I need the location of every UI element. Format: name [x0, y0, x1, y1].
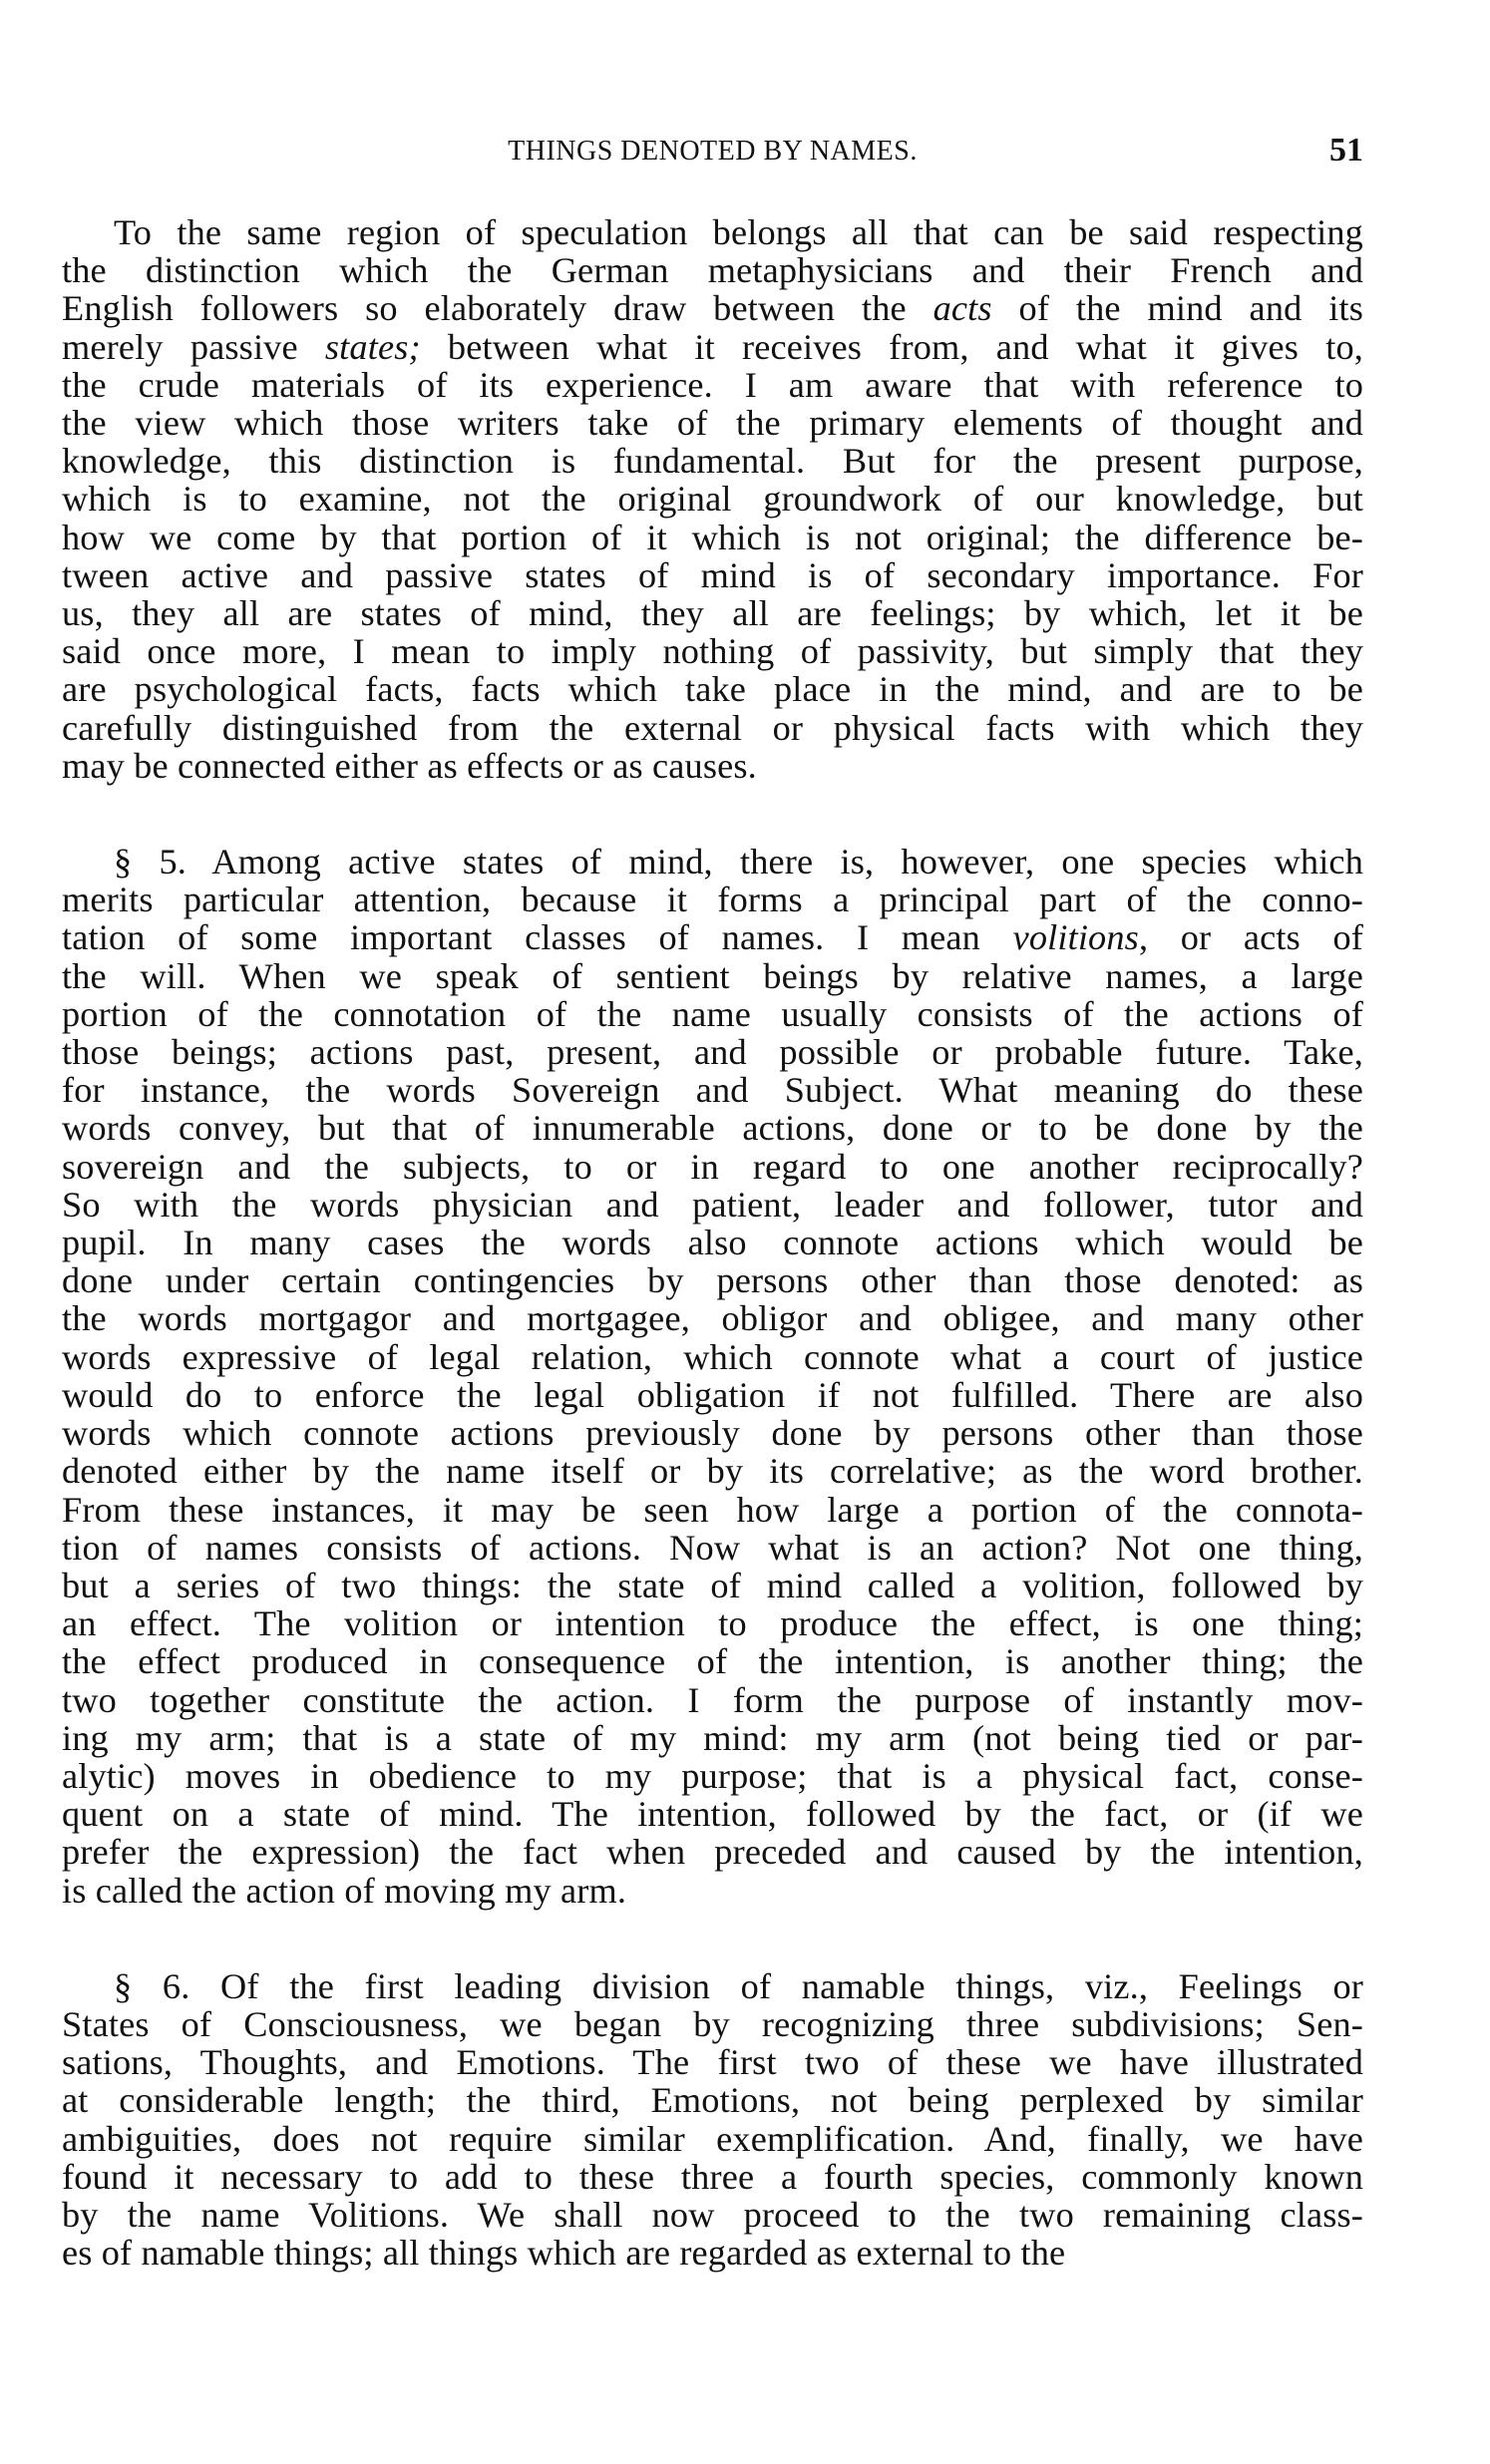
text-line: merits particular attention, because it …: [62, 880, 1363, 918]
text-line: portion of the connotation of the name u…: [62, 995, 1363, 1033]
text-line: tion of names consists of actions. Now w…: [62, 1529, 1363, 1567]
text-line: may be connected either as effects or as…: [62, 747, 1363, 785]
text-line: ing my arm; that is a state of my mind: …: [62, 1719, 1363, 1757]
text-line: ambiguities, does not require similar ex…: [62, 2120, 1363, 2158]
text-line: quent on a state of mind. The intention,…: [62, 1795, 1363, 1833]
text-line: said once more, I mean to imply nothing …: [62, 632, 1363, 670]
text-line: alytic) moves in obedience to my purpose…: [62, 1757, 1363, 1795]
text-line: would do to enforce the legal obligation…: [62, 1376, 1363, 1414]
text-line: States of Consciousness, we began by rec…: [62, 2005, 1363, 2043]
paragraph-section-5-volitions: § 5. Among active states of mind, there …: [62, 843, 1363, 1910]
text-line: for instance, the words Sovereign and Su…: [62, 1071, 1363, 1109]
text-line: at considerable length; the third, Emoti…: [62, 2081, 1363, 2119]
text-line: tween active and passive states of mind …: [62, 556, 1363, 594]
text-line: done under certain contingencies by pers…: [62, 1261, 1363, 1299]
book-page: THINGS DENOTED BY NAMES. 51 To the same …: [0, 0, 1490, 2464]
text-line: found it necessary to add to these three…: [62, 2158, 1363, 2196]
text-line: tation of some important classes of name…: [62, 918, 1363, 956]
text-line: the distinction which the German metaphy…: [62, 251, 1363, 289]
text-line: From these instances, it may be seen how…: [62, 1491, 1363, 1529]
text-line: the effect produced in consequence of th…: [62, 1642, 1363, 1680]
text-line: by the name Volitions. We shall now proc…: [62, 2196, 1363, 2234]
text-line: is called the action of moving my arm.: [62, 1872, 1363, 1910]
text-line: To the same region of speculation belong…: [62, 213, 1363, 251]
text-line: but a series of two things: the state of…: [62, 1567, 1363, 1604]
text-line: which is to examine, not the original gr…: [62, 480, 1363, 518]
text-line: the crude materials of its experience. I…: [62, 366, 1363, 404]
text-line: English followers so elaborately draw be…: [62, 289, 1363, 327]
text-line: So with the words physician and patient,…: [62, 1186, 1363, 1224]
text-line: words which connote actions previously d…: [62, 1414, 1363, 1452]
text-line: merely passive states; between what it r…: [62, 328, 1363, 366]
text-line: pupil. In many cases the words also conn…: [62, 1224, 1363, 1261]
text-line: two together constitute the action. I fo…: [62, 1681, 1363, 1719]
text-line: words convey, but that of innumerable ac…: [62, 1109, 1363, 1147]
text-line: sations, Thoughts, and Emotions. The fir…: [62, 2043, 1363, 2081]
text-line: the words mortgagor and mortgagee, oblig…: [62, 1299, 1363, 1337]
paragraph-section-6-feelings: § 6. Of the first leading division of na…: [62, 1967, 1363, 2273]
text-line: knowledge, this distinction is fundament…: [62, 442, 1363, 480]
text-line: words expressive of legal relation, whic…: [62, 1338, 1363, 1376]
body-text: To the same region of speculation belong…: [62, 213, 1363, 2272]
text-line: us, they all are states of mind, they al…: [62, 594, 1363, 632]
text-line: are psychological facts, facts which tak…: [62, 670, 1363, 708]
paragraph-acts-and-states: To the same region of speculation belong…: [62, 213, 1363, 785]
running-title: THINGS DENOTED BY NAMES.: [62, 136, 1363, 168]
text-line: es of namable things; all things which a…: [62, 2234, 1363, 2272]
text-line: § 6. Of the first leading division of na…: [62, 1967, 1363, 2005]
page-number: 51: [1329, 132, 1363, 170]
text-line: prefer the expression) the fact when pre…: [62, 1833, 1363, 1871]
running-head: THINGS DENOTED BY NAMES. 51: [62, 132, 1363, 172]
text-line: sovereign and the subjects, to or in reg…: [62, 1148, 1363, 1186]
text-line: those beings; actions past, present, and…: [62, 1033, 1363, 1071]
text-line: the view which those writers take of the…: [62, 404, 1363, 442]
text-line: § 5. Among active states of mind, there …: [62, 843, 1363, 880]
text-line: an effect. The volition or intention to …: [62, 1604, 1363, 1642]
text-line: denoted either by the name itself or by …: [62, 1452, 1363, 1490]
text-line: the will. When we speak of sentient bein…: [62, 957, 1363, 995]
text-line: how we come by that portion of it which …: [62, 519, 1363, 556]
text-line: carefully distinguished from the externa…: [62, 709, 1363, 747]
